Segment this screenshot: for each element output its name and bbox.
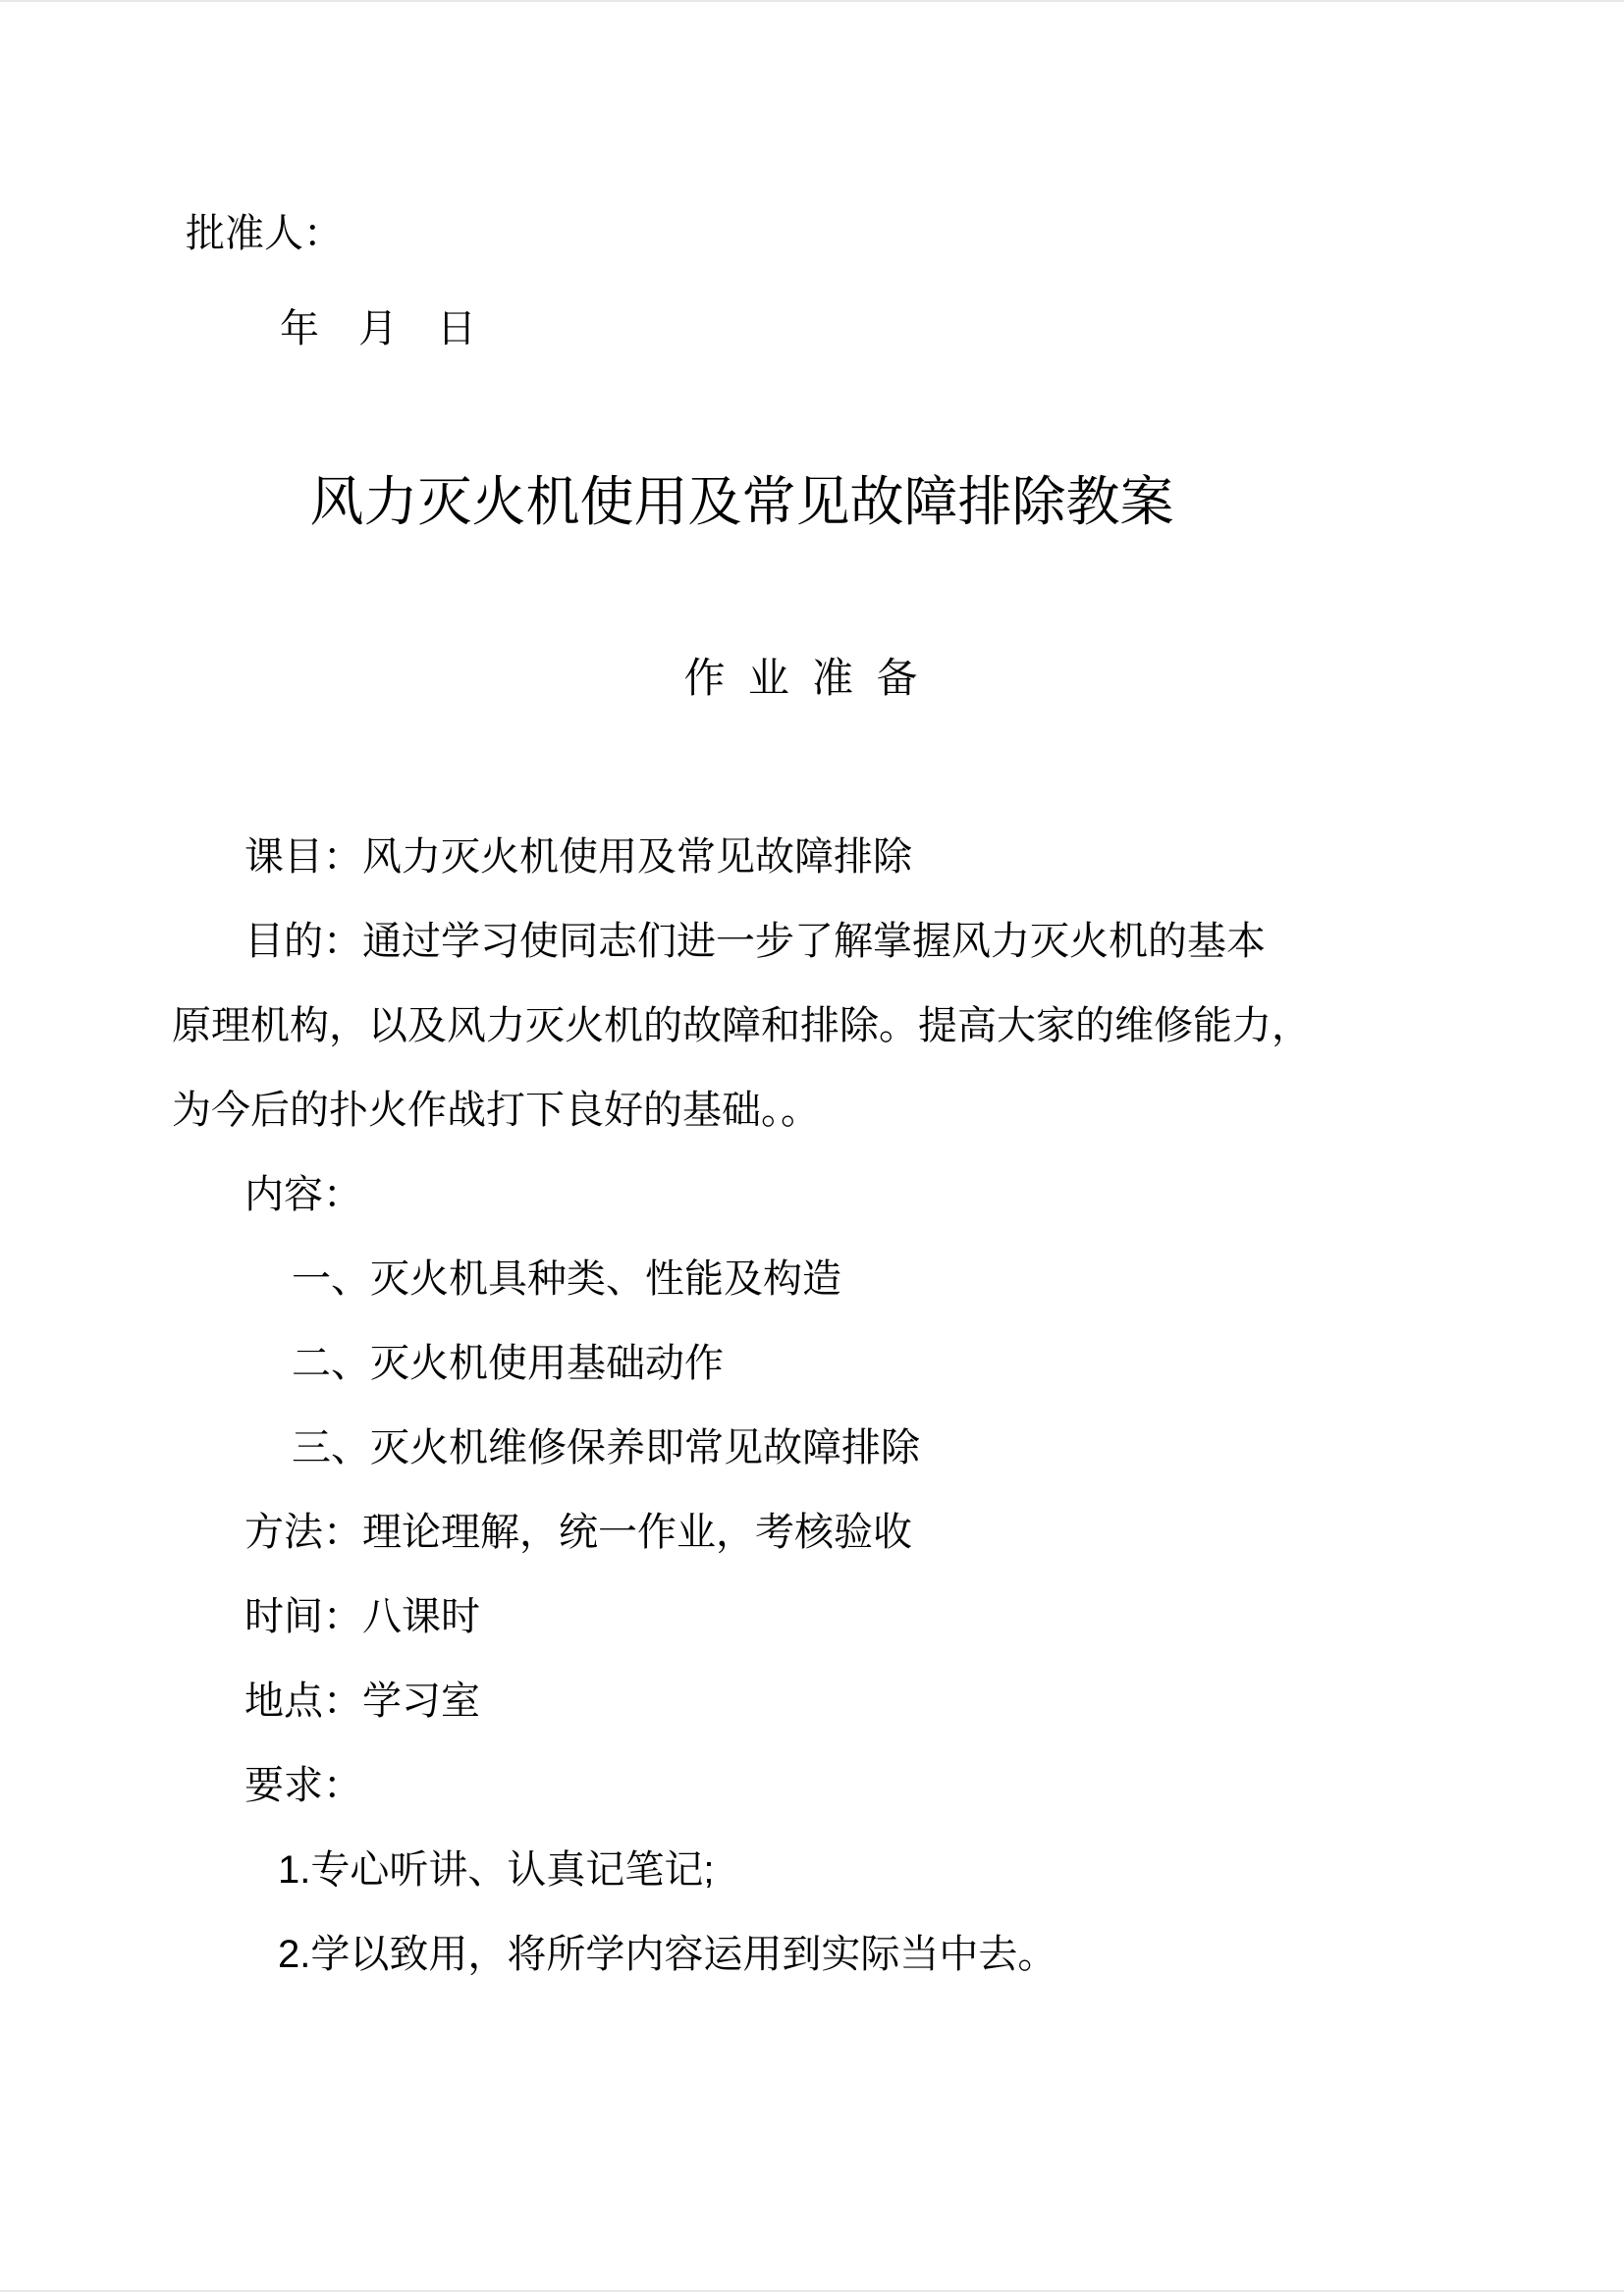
page-bottom-edge [0,2290,1624,2292]
approver-line: 批准人： [172,210,1457,257]
course-line: 课目：风力灭火机使用及常见故障排除 [172,815,1457,899]
course-text: 风力灭火机使用及常见故障排除 [362,835,912,879]
method-line: 方法：理论理解，统一作业，考核验收 [172,1490,1457,1575]
course-label: 课目： [244,835,362,879]
purpose-line-3: 为今后的扑火作战打下良好的基础。。 [172,1068,1457,1152]
requirement-item-1: 1.专心听讲、认真记笔记; [172,1828,1457,1912]
requirement-item-2: 2.学以致用，将所学内容运用到实际当中去。 [172,1912,1457,1997]
content-label: 内容： [172,1152,1457,1237]
purpose-line-1: 目的：通过学习使同志们进一步了解掌握风力灭火机的基本 [172,899,1457,984]
content-item-3: 三、灭火机维修保养即常见故障排除 [172,1406,1457,1490]
location-line: 地点：学习室 [172,1659,1457,1743]
section-heading: 作 业 准 备 [158,654,1443,703]
requirements-label: 要求： [172,1743,1457,1828]
time-line: 时间：八课时 [172,1575,1457,1659]
content-item-2: 二、灭火机使用基础动作 [172,1321,1457,1406]
method-text: 理论理解，统一作业，考核验收 [362,1511,912,1554]
time-label: 时间： [244,1595,362,1638]
date-line: 年 月 日 [172,305,1457,352]
content-item-1: 一、灭火机具种类、性能及构造 [172,1237,1457,1321]
page-top-edge [0,0,1624,2]
location-label: 地点： [244,1680,362,1723]
method-label: 方法： [244,1511,362,1554]
purpose-text-1: 通过学习使同志们进一步了解掌握风力灭火机的基本 [362,920,1266,963]
time-text: 八课时 [362,1595,480,1638]
location-text: 学习室 [362,1680,480,1723]
document-body: 课目：风力灭火机使用及常见故障排除 目的：通过学习使同志们进一步了解掌握风力灭火… [172,815,1457,1997]
purpose-line-2: 原理机构，以及风力灭火机的故障和排除。提高大家的维修能力， [172,984,1457,1068]
document-page: 批准人： 年 月 日 风力灭火机使用及常见故障排除教案 作 业 准 备 课目：风… [0,0,1624,2296]
document-title: 风力灭火机使用及常见故障排除教案 [99,468,1384,537]
purpose-label: 目的： [244,920,362,963]
